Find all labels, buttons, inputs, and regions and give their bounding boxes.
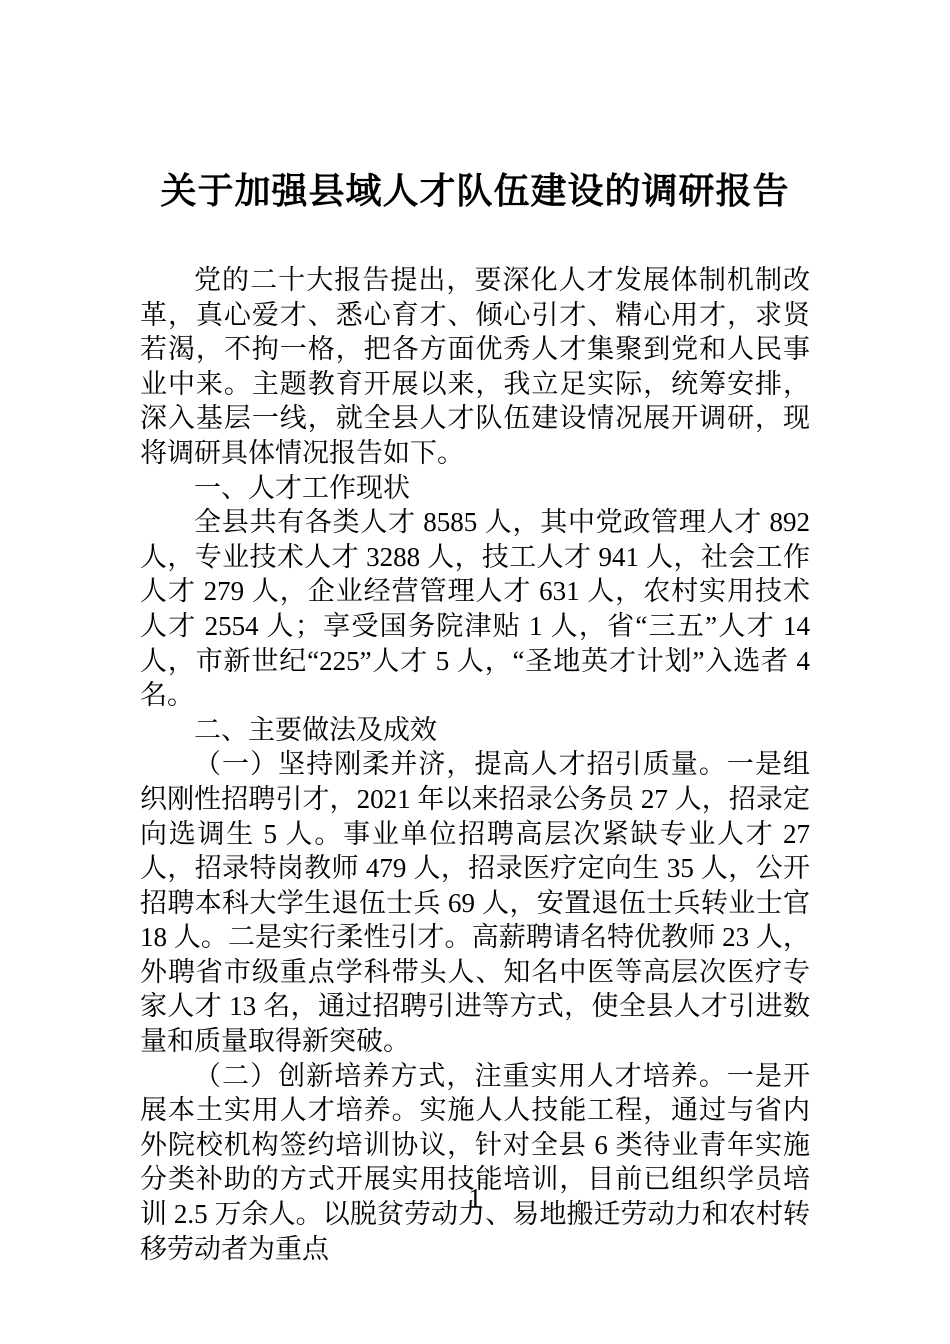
document-page: 关于加强县域人才队伍建设的调研报告 党的二十大报告提出，要深化人才发展体制机制改… (0, 0, 950, 1344)
paragraph-intro: 党的二十大报告提出，要深化人才发展体制机制改革，真心爱才、悉心育才、倾心引才、精… (140, 263, 810, 471)
document-body: 党的二十大报告提出，要深化人才发展体制机制改革，真心爱才、悉心育才、倾心引才、精… (140, 263, 810, 1266)
paragraph-measure-2: （二）创新培养方式，注重实用人才培养。一是开展本土实用人才培养。实施人人技能工程… (140, 1059, 810, 1267)
paragraph-talent-status: 全县共有各类人才 8585 人，其中党政管理人才 892 人，专业技术人才 32… (140, 505, 810, 713)
section-heading-1: 一、人才工作现状 (140, 471, 810, 506)
paragraph-measure-1: （一）坚持刚柔并济，提高人才招引质量。一是组织刚性招聘引才，2021 年以来招录… (140, 747, 810, 1058)
page-number: 1 (0, 1183, 950, 1214)
section-heading-2: 二、主要做法及成效 (140, 713, 810, 748)
document-title: 关于加强县域人才队伍建设的调研报告 (0, 163, 950, 214)
